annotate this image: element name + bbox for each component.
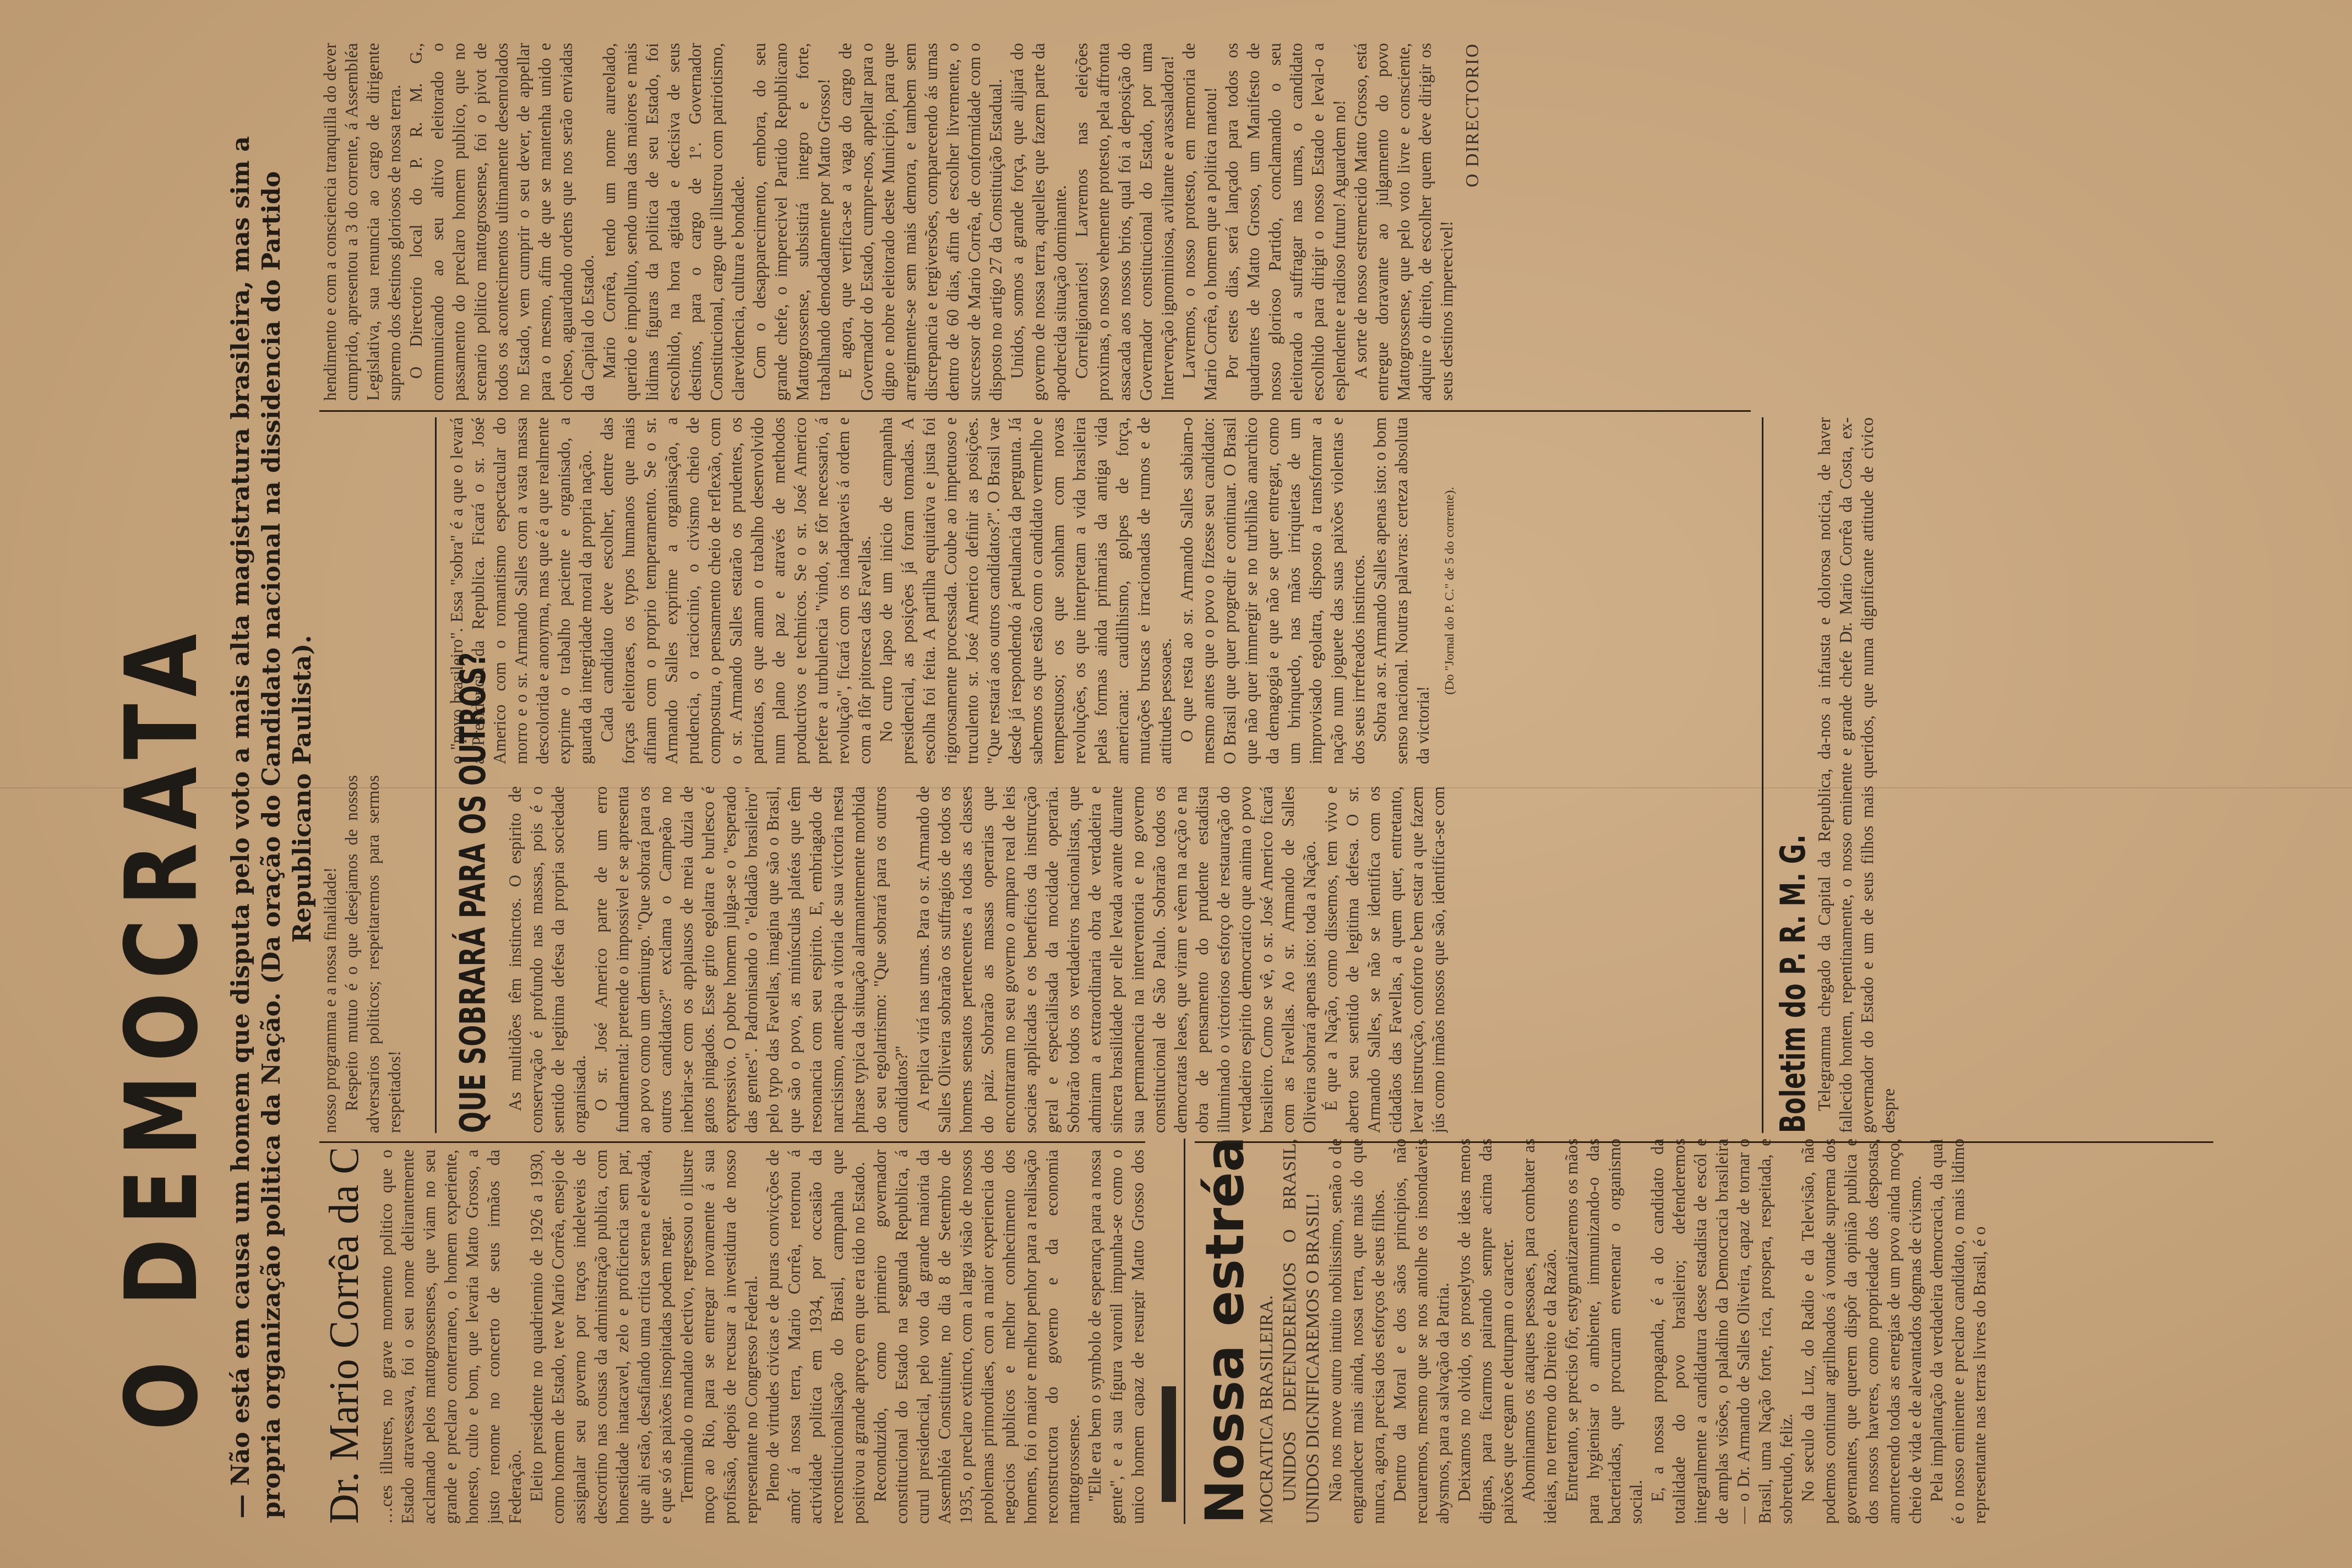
section-rule (1184, 1139, 1185, 1524)
lead-line: UNIDOS DEFENDEREMOS O BRASIL, UNIDOS DIG… (1278, 1139, 1325, 1524)
paragraph: Entretanto, se preciso fôr, estygmatizar… (1561, 1139, 1647, 1524)
column-rule (1195, 1141, 2213, 1143)
subheadline-end: Republicano Paulista). (287, 59, 318, 1518)
paragraph: Pleno de virtudes civicas e de puras con… (762, 1150, 869, 1524)
paragraph: Não nos move outro intuito nobilissimo, … (1325, 1139, 1389, 1524)
paragraph: E, a nossa propaganda, é a do candidato … (1647, 1139, 1797, 1524)
paragraph: As multidões têm instinctos. O espirito … (504, 786, 590, 1133)
paragraph: E agora, que verifica-se a vaga do cargo… (835, 43, 1006, 401)
paragraph: Cada candidato deve escolher, dentre das… (596, 417, 875, 764)
newspaper-page: O DEMOCRATA — Não está em causa um homem… (0, 0, 2352, 1568)
article-title-boletim: Boletim do P. R. M. G. (1773, 618, 1814, 1133)
article-que-sobrara: QUE SOBRARÁ PARA OS OUTROS? As multidões… (446, 417, 1756, 1133)
paragraph: Deixamos no olvido, os proselytos de ide… (1453, 1139, 1518, 1524)
paragraph: Terminado o mandato electivo, regressou … (676, 1150, 762, 1524)
subheadline: — Não está em causa um homem que disputa… (226, 59, 318, 1518)
paragraph: Dentro da Moral e dos sãos principios, n… (1389, 1139, 1453, 1524)
paragraph: …ces illustres, no grave momento politic… (375, 1150, 526, 1524)
section-rule (435, 417, 437, 1133)
source-note: (Do "Jornal do P. C." de 5 do corrente). (1439, 417, 1461, 764)
paragraph: "Elle era bem o symbolo de esperança par… (1084, 1150, 1145, 1524)
column-rule (319, 410, 1751, 412)
paragraph: hendimento e com a consciencia tranquill… (319, 43, 405, 401)
paragraph: Com o desapparecimento, embora, do seu g… (749, 43, 835, 401)
paragraph: Sobra ao sr. Armando Salles apenas isto:… (1369, 417, 1434, 764)
column-programa: nosso programma e a nossa finalidade! Re… (319, 775, 429, 1133)
paragraph: Pela implantação da verdadeira democraci… (1926, 1139, 1990, 1524)
paragraph: Reconduzido, como primeiro governador co… (869, 1150, 1084, 1524)
paragraph: O que resta ao sr. Armando Salles sabiam… (1176, 417, 1369, 764)
article-title-nossa-estrea: Nossa estréa (1195, 1139, 1255, 1524)
paragraph: Lavremos, o nosso protesto, em memoria d… (1178, 43, 1221, 401)
black-bar (1162, 1386, 1176, 1502)
newspaper-scan: O DEMOCRATA — Não está em causa um homem… (0, 0, 2352, 1568)
section-rule (1762, 417, 1763, 1133)
paragraph: Respeito mutuo é o que desejamos de noss… (341, 775, 405, 1133)
paragraph: Mario Corrêa, tendo um nome aureolado, q… (598, 43, 749, 401)
paragraph: Unidos, somos a grande força, que alijar… (1006, 43, 1071, 401)
signature: O DIRECTORIO (1462, 43, 1483, 401)
masthead: O DEMOCRATA (107, 663, 217, 1430)
article-boletim: Boletim do P. R. M. G. Telegramma chegad… (1773, 417, 2048, 1133)
article-directorio: hendimento e com a consciencia tranquill… (319, 43, 2191, 401)
paragraph: A sorte de nosso estremecido Matto Gross… (1350, 43, 1457, 401)
subheadline-text: — Não está em causa um homem que disputa… (227, 136, 286, 1518)
paragraph: nosso programma e a nossa finalidade! (319, 775, 341, 1133)
paragraph: Eleito presidente no quadriennio de 1926… (526, 1150, 676, 1524)
column-rule (319, 1141, 1145, 1143)
article-title-que-sobrara: QUE SOBRARÁ PARA OS OUTROS? (451, 883, 496, 1133)
column-mario-correa: Dr. Mario Corrêa da Costa …ces illustres… (319, 1150, 1145, 1524)
article-title-mario-correa: Dr. Mario Corrêa da Costa (319, 1150, 369, 1524)
article-nossa-estrea: Nossa estréa MOCRATICA BRASILEIRA. UNIDO… (1195, 1139, 2213, 1524)
paragraph: Por estes dias, será lançado para todos … (1221, 43, 1350, 401)
paragraph: O sr. José Americo parte de um erro fund… (590, 786, 912, 1133)
paragraph: No curto lapso de um inicio de campanha … (875, 417, 1176, 764)
lead-line: MOCRATICA BRASILEIRA. (1255, 1139, 1278, 1524)
paragraph: A replica virá nas urnas. Para o sr. Arm… (912, 786, 1320, 1133)
paragraph: O Directorio local do P. R. M. G., commu… (405, 43, 598, 401)
paragraph: No seculo da Luz, do Radio e da Televisã… (1797, 1139, 1926, 1524)
paragraph: Correligionarios! Lavremos nas eleições … (1071, 43, 1178, 401)
paragraph: Abominamos os ataques pessoaes, para com… (1518, 1139, 1561, 1524)
paragraph: Telegramma chegado da Capital da Republi… (1814, 417, 1899, 1133)
